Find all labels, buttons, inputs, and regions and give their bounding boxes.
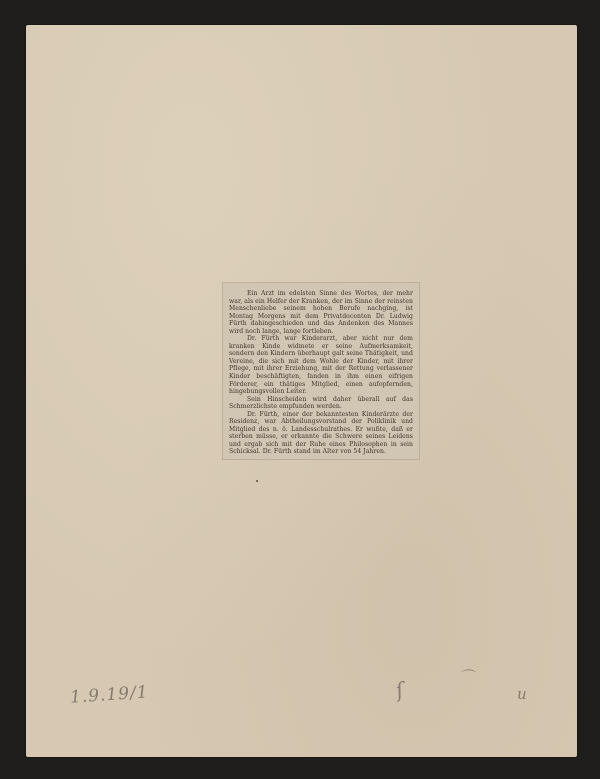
clipping-paragraph-2: Dr. Fürth war Kinderarzt, aber nicht nur… [229, 335, 413, 395]
clipping-paragraph-1: Ein Arzt im edelsten Sinne des Wortes, d… [229, 290, 413, 335]
newspaper-clipping: Ein Arzt im edelsten Sinne des Wortes, d… [223, 283, 419, 459]
handwritten-mark-3: u [517, 685, 527, 703]
handwritten-mark-1: ſ [394, 677, 406, 702]
handwritten-mark-2: ⌒ [458, 666, 473, 687]
handwritten-archive-number: 1.9.19/1 [69, 682, 149, 707]
clipping-paragraph-3: Sein Hinscheiden wird daher überall auf … [229, 396, 413, 411]
scan-background: Ein Arzt im edelsten Sinne des Wortes, d… [0, 0, 600, 779]
ink-dot [256, 480, 258, 482]
clipping-paragraph-4: Dr. Fürth, einer der bekanntesten Kinder… [229, 411, 413, 456]
paper-page: Ein Arzt im edelsten Sinne des Wortes, d… [26, 25, 577, 757]
